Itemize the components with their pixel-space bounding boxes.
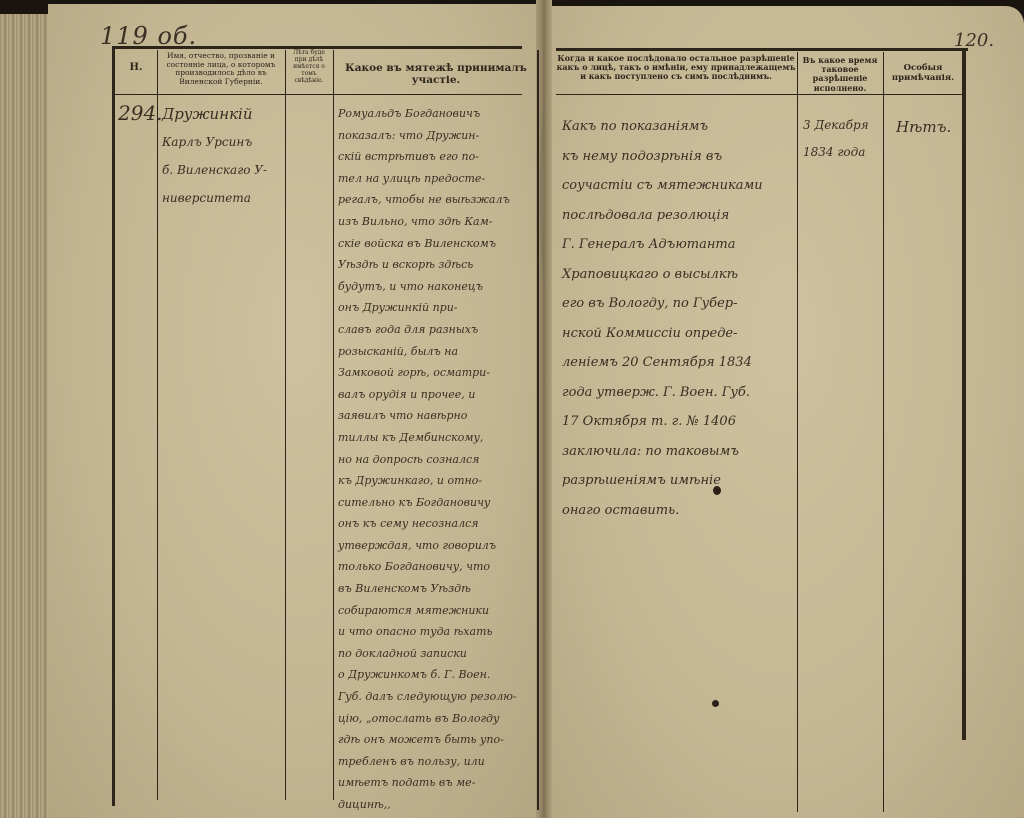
participation-line: скій встрѣтивъ его по- bbox=[338, 146, 517, 168]
participation-line: требленъ въ пользу, или bbox=[338, 751, 517, 773]
entry-notes: Нѣтъ. bbox=[896, 112, 951, 143]
resolution-line: послѣдовала резолюція bbox=[562, 201, 763, 231]
participation-line: о Дружинкомъ б. Г. Воен. bbox=[338, 664, 517, 686]
participation-line: Уѣздѣ и вскорѣ здѣсь bbox=[338, 254, 517, 276]
participation-line: тиллы къ Дембинскому, bbox=[338, 427, 517, 449]
participation-line: по докладной записки bbox=[338, 643, 517, 665]
col-divider-3 bbox=[333, 50, 334, 800]
resolution-line: соучастіи съ мятежниками bbox=[562, 171, 763, 201]
pencil-mark bbox=[540, 100, 552, 290]
participation-line: въ Виленскомъ Уѣздѣ bbox=[338, 578, 517, 600]
right-border bbox=[962, 48, 966, 740]
col-divider-4 bbox=[537, 50, 539, 810]
participation-line: онъ къ сему несознался bbox=[338, 513, 517, 535]
col-divider-2 bbox=[285, 50, 286, 800]
participation-line: славъ года для разныхъ bbox=[338, 319, 517, 341]
resolution-line: Какъ по показаніямъ bbox=[562, 112, 763, 142]
entry-number: 294. bbox=[118, 98, 163, 129]
resolution-line: разрѣшеніямъ имѣніе bbox=[562, 466, 763, 496]
participation-line: будутъ, и что наконецъ bbox=[338, 276, 517, 298]
participation-line: и что опасно туда ѣхать bbox=[338, 621, 517, 643]
participation-line: утверждая, что говорилъ bbox=[338, 535, 517, 557]
notes-line: Нѣтъ. bbox=[896, 112, 951, 143]
header-bottom-rule-left bbox=[114, 94, 522, 95]
participation-line: дицинѣ,, bbox=[338, 794, 517, 816]
left-border bbox=[112, 46, 115, 806]
ink-blot bbox=[713, 486, 721, 495]
participation-line: тел на улицѣ предосте- bbox=[338, 168, 517, 190]
col-divider-5 bbox=[797, 52, 798, 812]
header-executed: Въ какое время таковое разрѣшеніе исполн… bbox=[798, 56, 882, 93]
header-top-rule-right bbox=[556, 48, 968, 51]
page-edges bbox=[0, 14, 52, 818]
entry-participation: Ромуальдъ Богдановичъ показалъ: что Друж… bbox=[338, 103, 517, 816]
participation-line: Губ. далъ следующую резолю- bbox=[338, 686, 517, 708]
resolution-line: нской Коммиссіи опреде- bbox=[562, 319, 763, 349]
executed-line: 3 Декабря bbox=[803, 112, 869, 139]
participation-line: скіе войска въ Виленскомъ bbox=[338, 233, 517, 255]
participation-line: сительно къ Богдановичу bbox=[338, 492, 517, 514]
resolution-line: 17 Октября т. г. № 1406 bbox=[562, 407, 763, 437]
participation-line: только Богдановичу, что bbox=[338, 556, 517, 578]
person-line: ниверситета bbox=[162, 184, 267, 212]
participation-line: Ромуальдъ Богдановичъ bbox=[338, 103, 517, 125]
col-divider-6 bbox=[883, 52, 884, 812]
resolution-line: Г. Генералъ Адъютанта bbox=[562, 230, 763, 260]
header-resolution: Когда и какое послѣдовало остальное разр… bbox=[556, 54, 796, 82]
participation-line: имѣетъ подать въ ме- bbox=[338, 772, 517, 794]
open-ledger-book: 119 об. 120. Н. Имя, отчество, прозваніе… bbox=[0, 0, 1024, 818]
ink-blot bbox=[712, 700, 719, 707]
participation-line: показалъ: что Дружин- bbox=[338, 125, 517, 147]
entry-person: Дружинкій Карлъ Урсинъ б. Виленскаго У- … bbox=[162, 100, 267, 212]
resolution-line: онаго оставить. bbox=[562, 496, 763, 526]
resolution-line: Храповицкаго о высылкѣ bbox=[562, 260, 763, 290]
participation-line: цію, „отослать въ Вологду bbox=[338, 708, 517, 730]
header-notes: Особыя примѣчанія. bbox=[885, 64, 961, 84]
participation-line: розысканій, былъ на bbox=[338, 341, 517, 363]
header-number: Н. bbox=[115, 62, 157, 74]
participation-line: заявилъ что навѣрно bbox=[338, 405, 517, 427]
resolution-line: леніемъ 20 Сентября 1834 bbox=[562, 348, 763, 378]
resolution-line: года утверж. Г. Воен. Губ. bbox=[562, 378, 763, 408]
participation-line: къ Дружинкаго, и отно- bbox=[338, 470, 517, 492]
person-line: Карлъ Урсинъ bbox=[162, 128, 267, 156]
header-participation: Какое въ мятежѣ принималъ участіе. bbox=[336, 62, 536, 86]
resolution-line: заключила: по таковымъ bbox=[562, 437, 763, 467]
participation-line: гдѣ онъ можетъ быть упо- bbox=[338, 729, 517, 751]
participation-line: но на допросѣ сознался bbox=[338, 449, 517, 471]
header-bottom-rule-right bbox=[556, 94, 966, 95]
participation-line: онъ Дружинкій при- bbox=[338, 297, 517, 319]
entry-executed: 3 Декабря 1834 года bbox=[803, 112, 869, 166]
header-person: Имя, отчество, прозваніе и состояніе лиц… bbox=[160, 52, 282, 87]
col-divider-1 bbox=[157, 50, 158, 800]
participation-line: изъ Вильно, что здѣ Кам- bbox=[338, 211, 517, 233]
executed-line: 1834 года bbox=[803, 139, 869, 166]
participation-line: регалъ, чтобы не выѣзжалъ bbox=[338, 189, 517, 211]
participation-line: валъ орудія и прочее, и bbox=[338, 384, 517, 406]
resolution-line: къ нему подозрѣнія въ bbox=[562, 142, 763, 172]
resolution-line: его въ Вологду, по Губер- bbox=[562, 289, 763, 319]
person-line: б. Виленскаго У- bbox=[162, 156, 267, 184]
person-line: Дружинкій bbox=[162, 100, 267, 128]
participation-line: собираются мятежники bbox=[338, 600, 517, 622]
entry-resolution: Какъ по показаніямъ къ нему подозрѣнія в… bbox=[562, 112, 763, 525]
participation-line: Замковой горѣ, осматри- bbox=[338, 362, 517, 384]
header-year: Лѣта буде при дѣлѣ имѣется о томъ свѣдѣн… bbox=[287, 50, 331, 84]
